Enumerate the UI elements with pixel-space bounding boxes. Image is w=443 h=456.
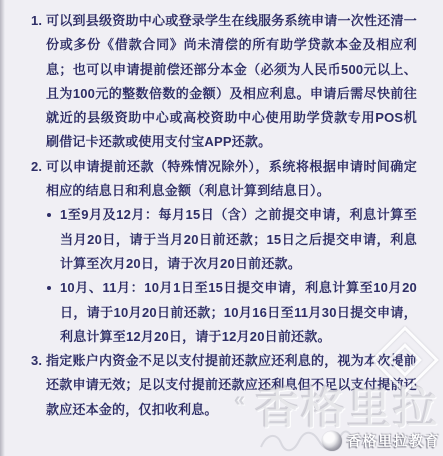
bullet-text: 10月、11月：10月1日至15日提交申请，利息计算至10月20日，请于10月2…	[60, 276, 417, 349]
sub-bullet-list: 1至9月及12月：每月15日（含）之前提交申请，利息计算至当月20日，请于当月2…	[46, 203, 417, 349]
list-item: 1. 可以到县级资助中心或登录学生在线服务系统申请一次性还清一份或多份《借款合同…	[31, 9, 417, 155]
list-item: 3. 指定账户内资金不足以支付提前还款应还利息的，视为本次提前还款申请无效；足以…	[31, 349, 417, 422]
item-number: 1.	[31, 9, 46, 155]
brand-name: 香格里拉教育	[347, 431, 440, 451]
list-item: 2. 可以申请提前还款（特殊情况除外），系统将根据申请时间确定相应的结息日和利息…	[31, 155, 417, 349]
numbered-list: 1. 可以到县级资助中心或登录学生在线服务系统申请一次性还清一份或多份《借款合同…	[31, 9, 417, 422]
bullet-text: 1至9月及12月：每月15日（含）之前提交申请，利息计算至当月20日，请于当月2…	[60, 203, 417, 276]
bullet-icon	[46, 276, 60, 349]
item-number: 2.	[31, 155, 46, 204]
left-edge-shadow	[0, 0, 5, 456]
repayment-notice-page: 1. 可以到县级资助中心或登录学生在线服务系统申请一次性还清一份或多份《借款合同…	[0, 0, 443, 456]
item-text: 可以到县级资助中心或登录学生在线服务系统申请一次性还清一份或多份《借款合同》尚未…	[46, 9, 417, 155]
bullet-icon	[46, 203, 60, 276]
list-item-2: 2. 可以申请提前还款（特殊情况除外），系统将根据申请时间确定相应的结息日和利息…	[31, 155, 417, 204]
brand-badge: 香格里拉教育	[322, 431, 440, 451]
bullet-item-1: 1至9月及12月：每月15日（含）之前提交申请，利息计算至当月20日，请于当月2…	[46, 203, 417, 276]
list-item-1: 1. 可以到县级资助中心或登录学生在线服务系统申请一次性还清一份或多份《借款合同…	[31, 9, 417, 155]
notice-body: 1. 可以到县级资助中心或登录学生在线服务系统申请一次性还清一份或多份《借款合同…	[31, 9, 417, 422]
brand-logo-icon	[322, 431, 342, 451]
item-number: 3.	[31, 349, 46, 422]
item-text: 指定账户内资金不足以支付提前还款应还利息的，视为本次提前还款申请无效；足以支付提…	[46, 349, 417, 422]
item-text: 可以申请提前还款（特殊情况除外），系统将根据申请时间确定相应的结息日和利息金额（…	[46, 155, 417, 204]
list-item-3: 3. 指定账户内资金不足以支付提前还款应还利息的，视为本次提前还款申请无效；足以…	[31, 349, 417, 422]
bullet-item-2: 10月、11月：10月1日至15日提交申请，利息计算至10月20日，请于10月2…	[46, 276, 417, 349]
